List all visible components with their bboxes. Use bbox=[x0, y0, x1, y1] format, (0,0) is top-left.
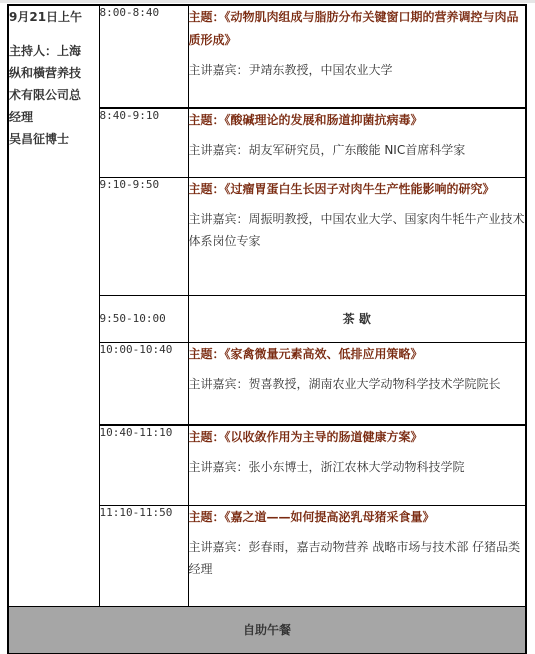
time-slot: 11:10-11:50 bbox=[99, 505, 188, 606]
talk-speaker: 主讲嘉宾：张小东博士，浙江农林大学动物科技学院 bbox=[189, 456, 526, 478]
lunch-row: 自助午餐 bbox=[8, 606, 526, 654]
talk-topic: 主题：《以收敛作用为主导的肠道健康方案》 bbox=[189, 426, 526, 449]
talk-topic: 主题：《动物肌肉组成与脂肪分布关键窗口期的营养调控与肉品质形成》 bbox=[189, 6, 526, 52]
talk-speaker: 主讲嘉宾：胡友军研究员，广东酸能 NIC首席科学家 bbox=[189, 139, 526, 161]
talk-topic: 主题：《过瘤胃蛋白生长因子对肉牛生产性能影响的研究》 bbox=[189, 178, 526, 201]
talk-cell: 主题：《嘉之道——如何提高泌乳母猪采食量》 主讲嘉宾：彭春雨，嘉吉动物营养 战略… bbox=[188, 505, 526, 606]
talk-cell: 主题：《过瘤胃蛋白生长因子对肉牛生产性能影响的研究》 主讲嘉宾：周振明教授，中国… bbox=[188, 177, 526, 295]
talk-speaker: 主讲嘉宾：彭春雨，嘉吉动物营养 战略市场与技术部 仔猪品类经理 bbox=[189, 536, 526, 580]
table-row: 自助午餐 bbox=[8, 606, 526, 654]
schedule-table: 9月21日上午 主持人：上海 纵和橫营养技 术有限公司总 经理 吴昌征博士 8:… bbox=[7, 4, 527, 654]
talk-topic: 主题：《嘉之道——如何提高泌乳母猪采食量》 bbox=[189, 506, 526, 529]
talk-cell: 主题：《动物肌肉组成与脂肪分布关键窗口期的营养调控与肉品质形成》 主讲嘉宾：尹靖… bbox=[188, 5, 526, 108]
talk-speaker: 主讲嘉宾：周振明教授，中国农业大学、国家肉牛牦牛产业技术体系岗位专家 bbox=[189, 208, 526, 252]
tea-break: 茶 歇 bbox=[188, 295, 526, 342]
time-slot: 8:40-9:10 bbox=[99, 108, 188, 177]
host-line: 纵和橫营养技 bbox=[9, 62, 99, 84]
time-slot: 10:40-11:10 bbox=[99, 425, 188, 505]
time-slot: 10:00-10:40 bbox=[99, 342, 188, 425]
talk-topic: 主题：《家禽微量元素高效、低排应用策略》 bbox=[189, 343, 526, 366]
talk-cell: 主题：《家禽微量元素高效、低排应用策略》 主讲嘉宾：贺喜教授，湖南农业大学动物科… bbox=[188, 342, 526, 425]
host-cell: 9月21日上午 主持人：上海 纵和橫营养技 术有限公司总 经理 吴昌征博士 bbox=[8, 5, 99, 606]
host-line: 术有限公司总 bbox=[9, 84, 99, 106]
host-line: 主持人：上海 bbox=[9, 40, 99, 62]
talk-topic: 主题：《酸碱理论的发展和肠道抑菌抗病毒》 bbox=[189, 109, 526, 132]
talk-cell: 主题：《以收敛作用为主导的肠道健康方案》 主讲嘉宾：张小东博士，浙江农林大学动物… bbox=[188, 425, 526, 505]
host-line: 吴昌征博士 bbox=[9, 128, 99, 150]
talk-speaker: 主讲嘉宾：尹靖东教授，中国农业大学 bbox=[189, 59, 526, 81]
top-strip bbox=[0, 0, 535, 3]
session-date: 9月21日上午 bbox=[9, 6, 99, 28]
time-slot: 8:00-8:40 bbox=[99, 5, 188, 108]
talk-cell: 主题：《酸碱理论的发展和肠道抑菌抗病毒》 主讲嘉宾：胡友军研究员，广东酸能 NI… bbox=[188, 108, 526, 177]
time-slot: 9:10-9:50 bbox=[99, 177, 188, 295]
time-slot: 9:50-10:00 bbox=[99, 295, 188, 342]
host-line: 经理 bbox=[9, 106, 99, 128]
talk-speaker: 主讲嘉宾：贺喜教授，湖南农业大学动物科学技术学院院长 bbox=[189, 373, 526, 395]
table-row: 9月21日上午 主持人：上海 纵和橫营养技 术有限公司总 经理 吴昌征博士 8:… bbox=[8, 5, 526, 108]
